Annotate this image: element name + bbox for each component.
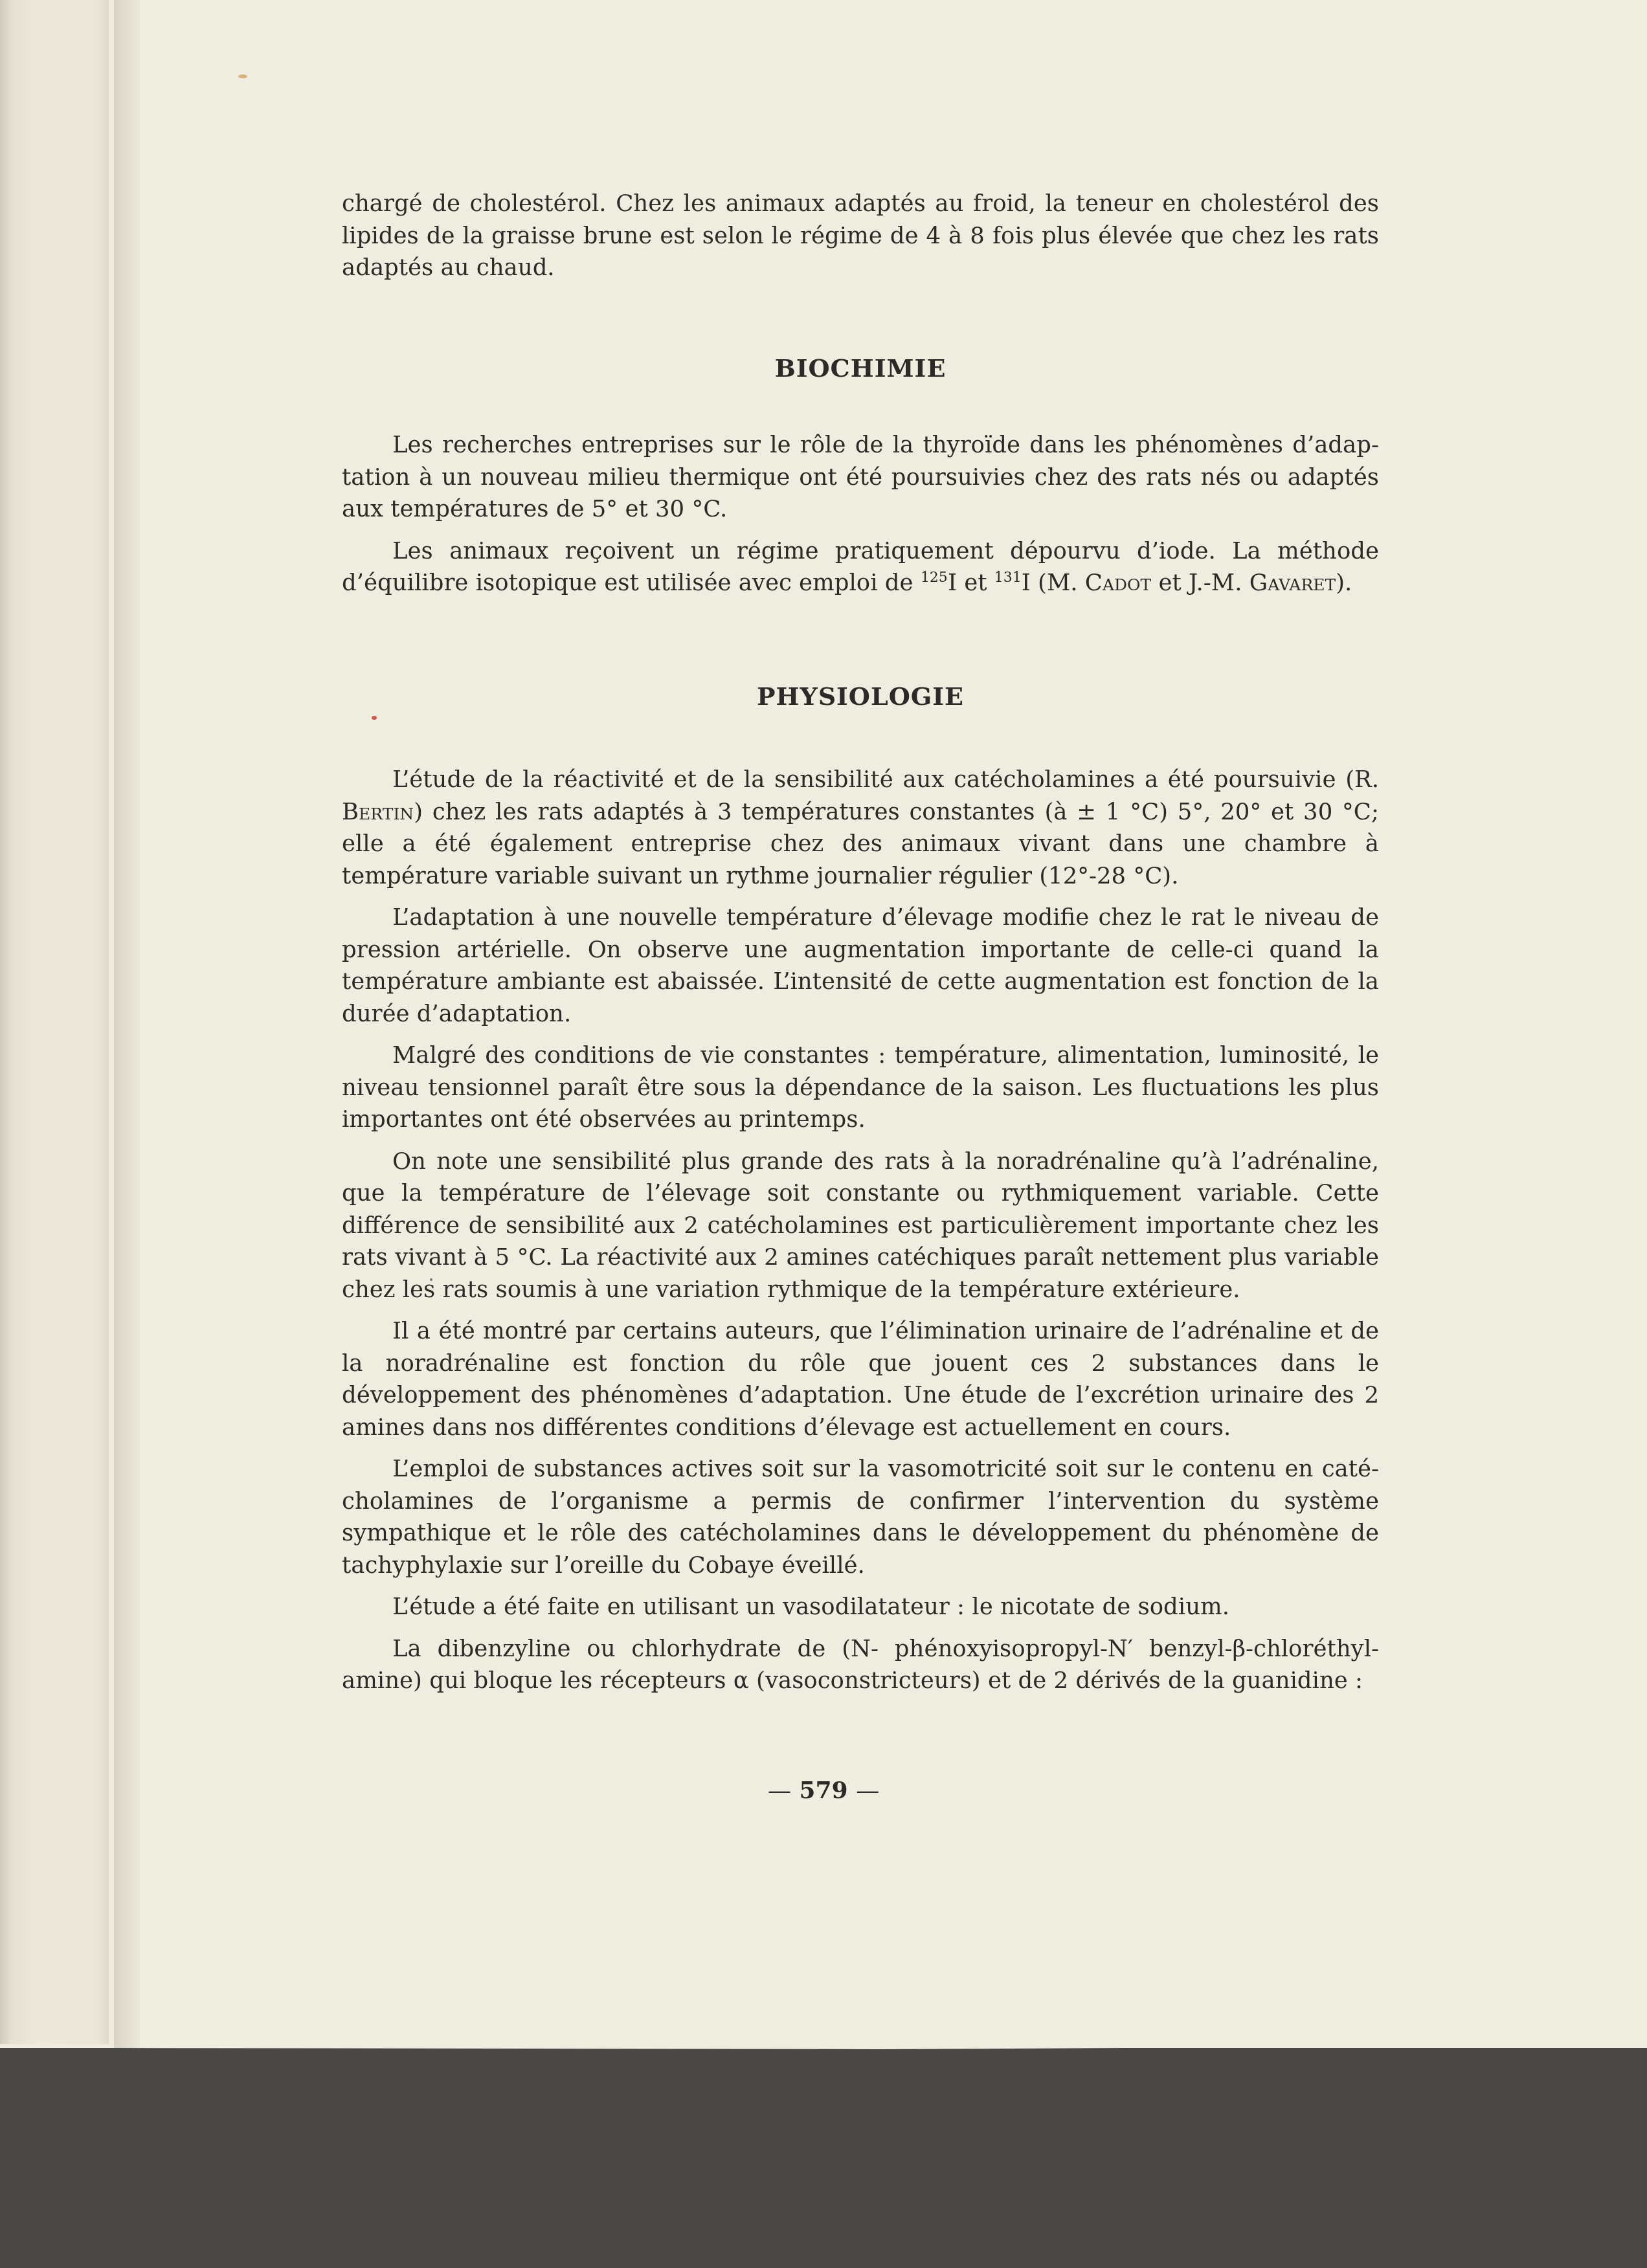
section-heading-biochimie: BIOCHIMIE — [342, 352, 1379, 384]
author-name: Gavaret — [1249, 570, 1336, 596]
page-number: — 579 — — [0, 1777, 1647, 1804]
page-content: chargé de cholestérol. Chez les animaux … — [342, 188, 1379, 1697]
text: et J.-M. — [1151, 570, 1249, 596]
author-name: Bertin — [342, 799, 414, 825]
isotope-mass: 131 — [994, 570, 1022, 586]
text: L’étude de la réactivité et de la sensib… — [392, 766, 1379, 793]
section-heading-physiologie: PHYSIOLOGIE — [342, 680, 1379, 713]
paragraph: L’adaptation à une nouvelle température … — [342, 902, 1379, 1030]
dash: — — [768, 1777, 791, 1804]
paragraph: Malgré des conditions de vie constantes … — [342, 1039, 1379, 1136]
paragraph: Les recherches entreprises sur le rôle d… — [342, 429, 1379, 526]
paragraph: L’étude de la réactivité et de la sensib… — [342, 764, 1379, 892]
gutter-shadow — [114, 0, 140, 2048]
text: I (M. — [1022, 570, 1085, 596]
paragraph: La dibenzyline ou chlorhydrate de (N- ph… — [342, 1633, 1379, 1697]
paragraph: On note une sensibilité plus grande des … — [342, 1146, 1379, 1306]
text: I et — [948, 570, 994, 596]
text: ). — [1336, 570, 1352, 596]
text: ) chez les rats adaptés à 3 températures… — [342, 799, 1379, 889]
dash: — — [856, 1777, 879, 1804]
page-number-value: 579 — [799, 1777, 847, 1804]
intro-paragraph: chargé de cholestérol. Chez les animaux … — [342, 188, 1379, 284]
paragraph: Il a été montré par certains auteurs, qu… — [342, 1315, 1379, 1443]
previous-page-edge — [0, 0, 109, 2044]
paper-stain — [238, 74, 247, 78]
isotope-mass: 125 — [921, 570, 948, 586]
paragraph: L’emploi de substances actives soit sur … — [342, 1453, 1379, 1581]
paragraph: Les animaux reçoivent un régime pratique… — [342, 535, 1379, 599]
author-name: Cadot — [1085, 570, 1151, 596]
paragraph: L’étude a été faite en utilisant un vaso… — [342, 1591, 1379, 1623]
